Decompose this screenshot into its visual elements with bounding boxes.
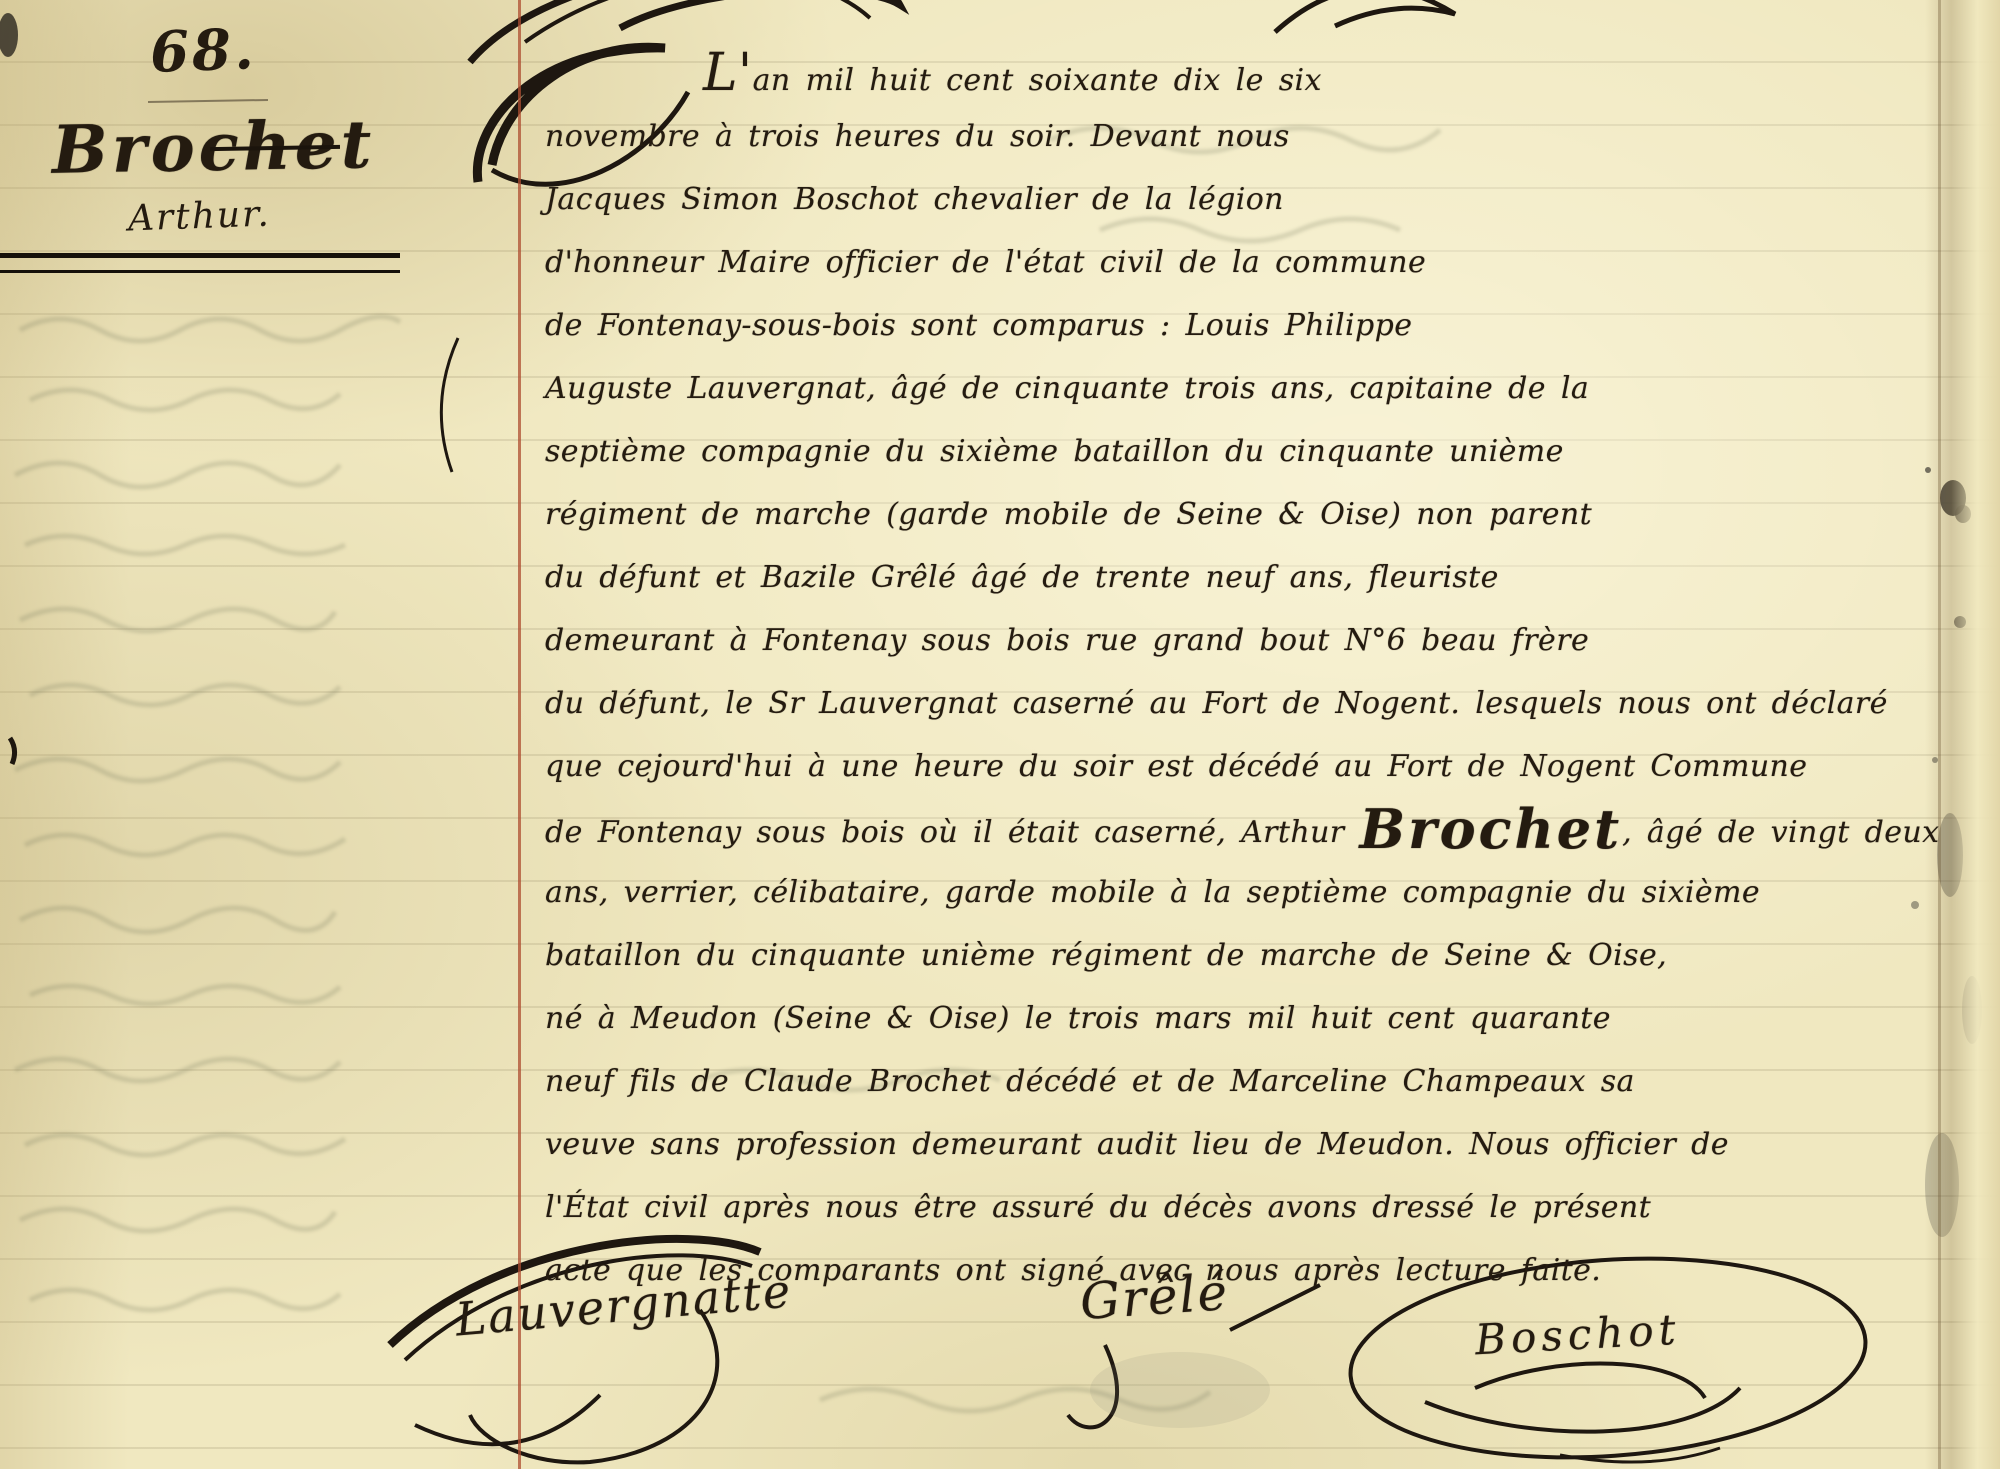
act-line: de Fontenay-sous-bois sont comparus : Lo… [545, 294, 1910, 357]
margin-firstname: Arthur. [127, 194, 271, 240]
margin-double-rule [0, 253, 400, 273]
act-line: ans, verrier, célibataire, garde mobile … [545, 861, 1910, 924]
act-line: régiment de marche (garde mobile de Sein… [545, 483, 1910, 546]
act-line: Auguste Lauvergnat, âgé de cinquante tro… [545, 357, 1910, 420]
act-number: 68. [149, 16, 258, 86]
deceased-name: Brochet [1360, 797, 1623, 861]
act-line: septième compagnie du sixième bataillon … [545, 420, 1910, 483]
act-text: de Fontenay sous bois où il était casern… [545, 815, 1360, 850]
act-line: du défunt, le Sr Lauvergnat caserné au F… [545, 672, 1910, 735]
act-text: , âgé de vingt deux [1622, 815, 1939, 850]
page-binding-edge [1925, 0, 2000, 1469]
signature-boschot: Boschot [1474, 1305, 1682, 1365]
act-line: né à Meudon (Seine & Oise) le trois mars… [545, 987, 1910, 1050]
act-line: demeurant à Fontenay sous bois rue grand… [545, 609, 1910, 672]
act-line: d'honneur Maire officier de l'état civil… [545, 231, 1910, 294]
act-body: L'an mil huit cent soixante dix le six n… [545, 42, 1910, 1302]
signature-grele: Grêlé [1078, 1263, 1231, 1331]
act-line: neuf fils de Claude Brochet décédé et de… [545, 1050, 1910, 1113]
act-line: veuve sans profession demeurant audit li… [545, 1113, 1910, 1176]
act-line: que cejourd'hui à une heure du soir est … [545, 735, 1910, 798]
act-line-deceased: de Fontenay sous bois où il était casern… [545, 798, 1910, 861]
act-line: l'État civil après nous être assuré du d… [545, 1176, 1910, 1239]
margin-rule [518, 0, 521, 1469]
act-line: L'an mil huit cent soixante dix le six [545, 42, 1910, 105]
act-line: bataillon du cinquante unième régiment d… [545, 924, 1910, 987]
binding-crease [1938, 0, 1941, 1469]
register-page: 68. Brochet Arthur. L'an mil huit cent s… [0, 0, 2000, 1469]
act-number-underline [148, 99, 268, 103]
act-line: novembre à trois heures du soir. Devant … [545, 105, 1910, 168]
act-line: Jacques Simon Boschot chevalier de la lé… [545, 168, 1910, 231]
act-line: du défunt et Bazile Grêlé âgé de trente … [545, 546, 1910, 609]
